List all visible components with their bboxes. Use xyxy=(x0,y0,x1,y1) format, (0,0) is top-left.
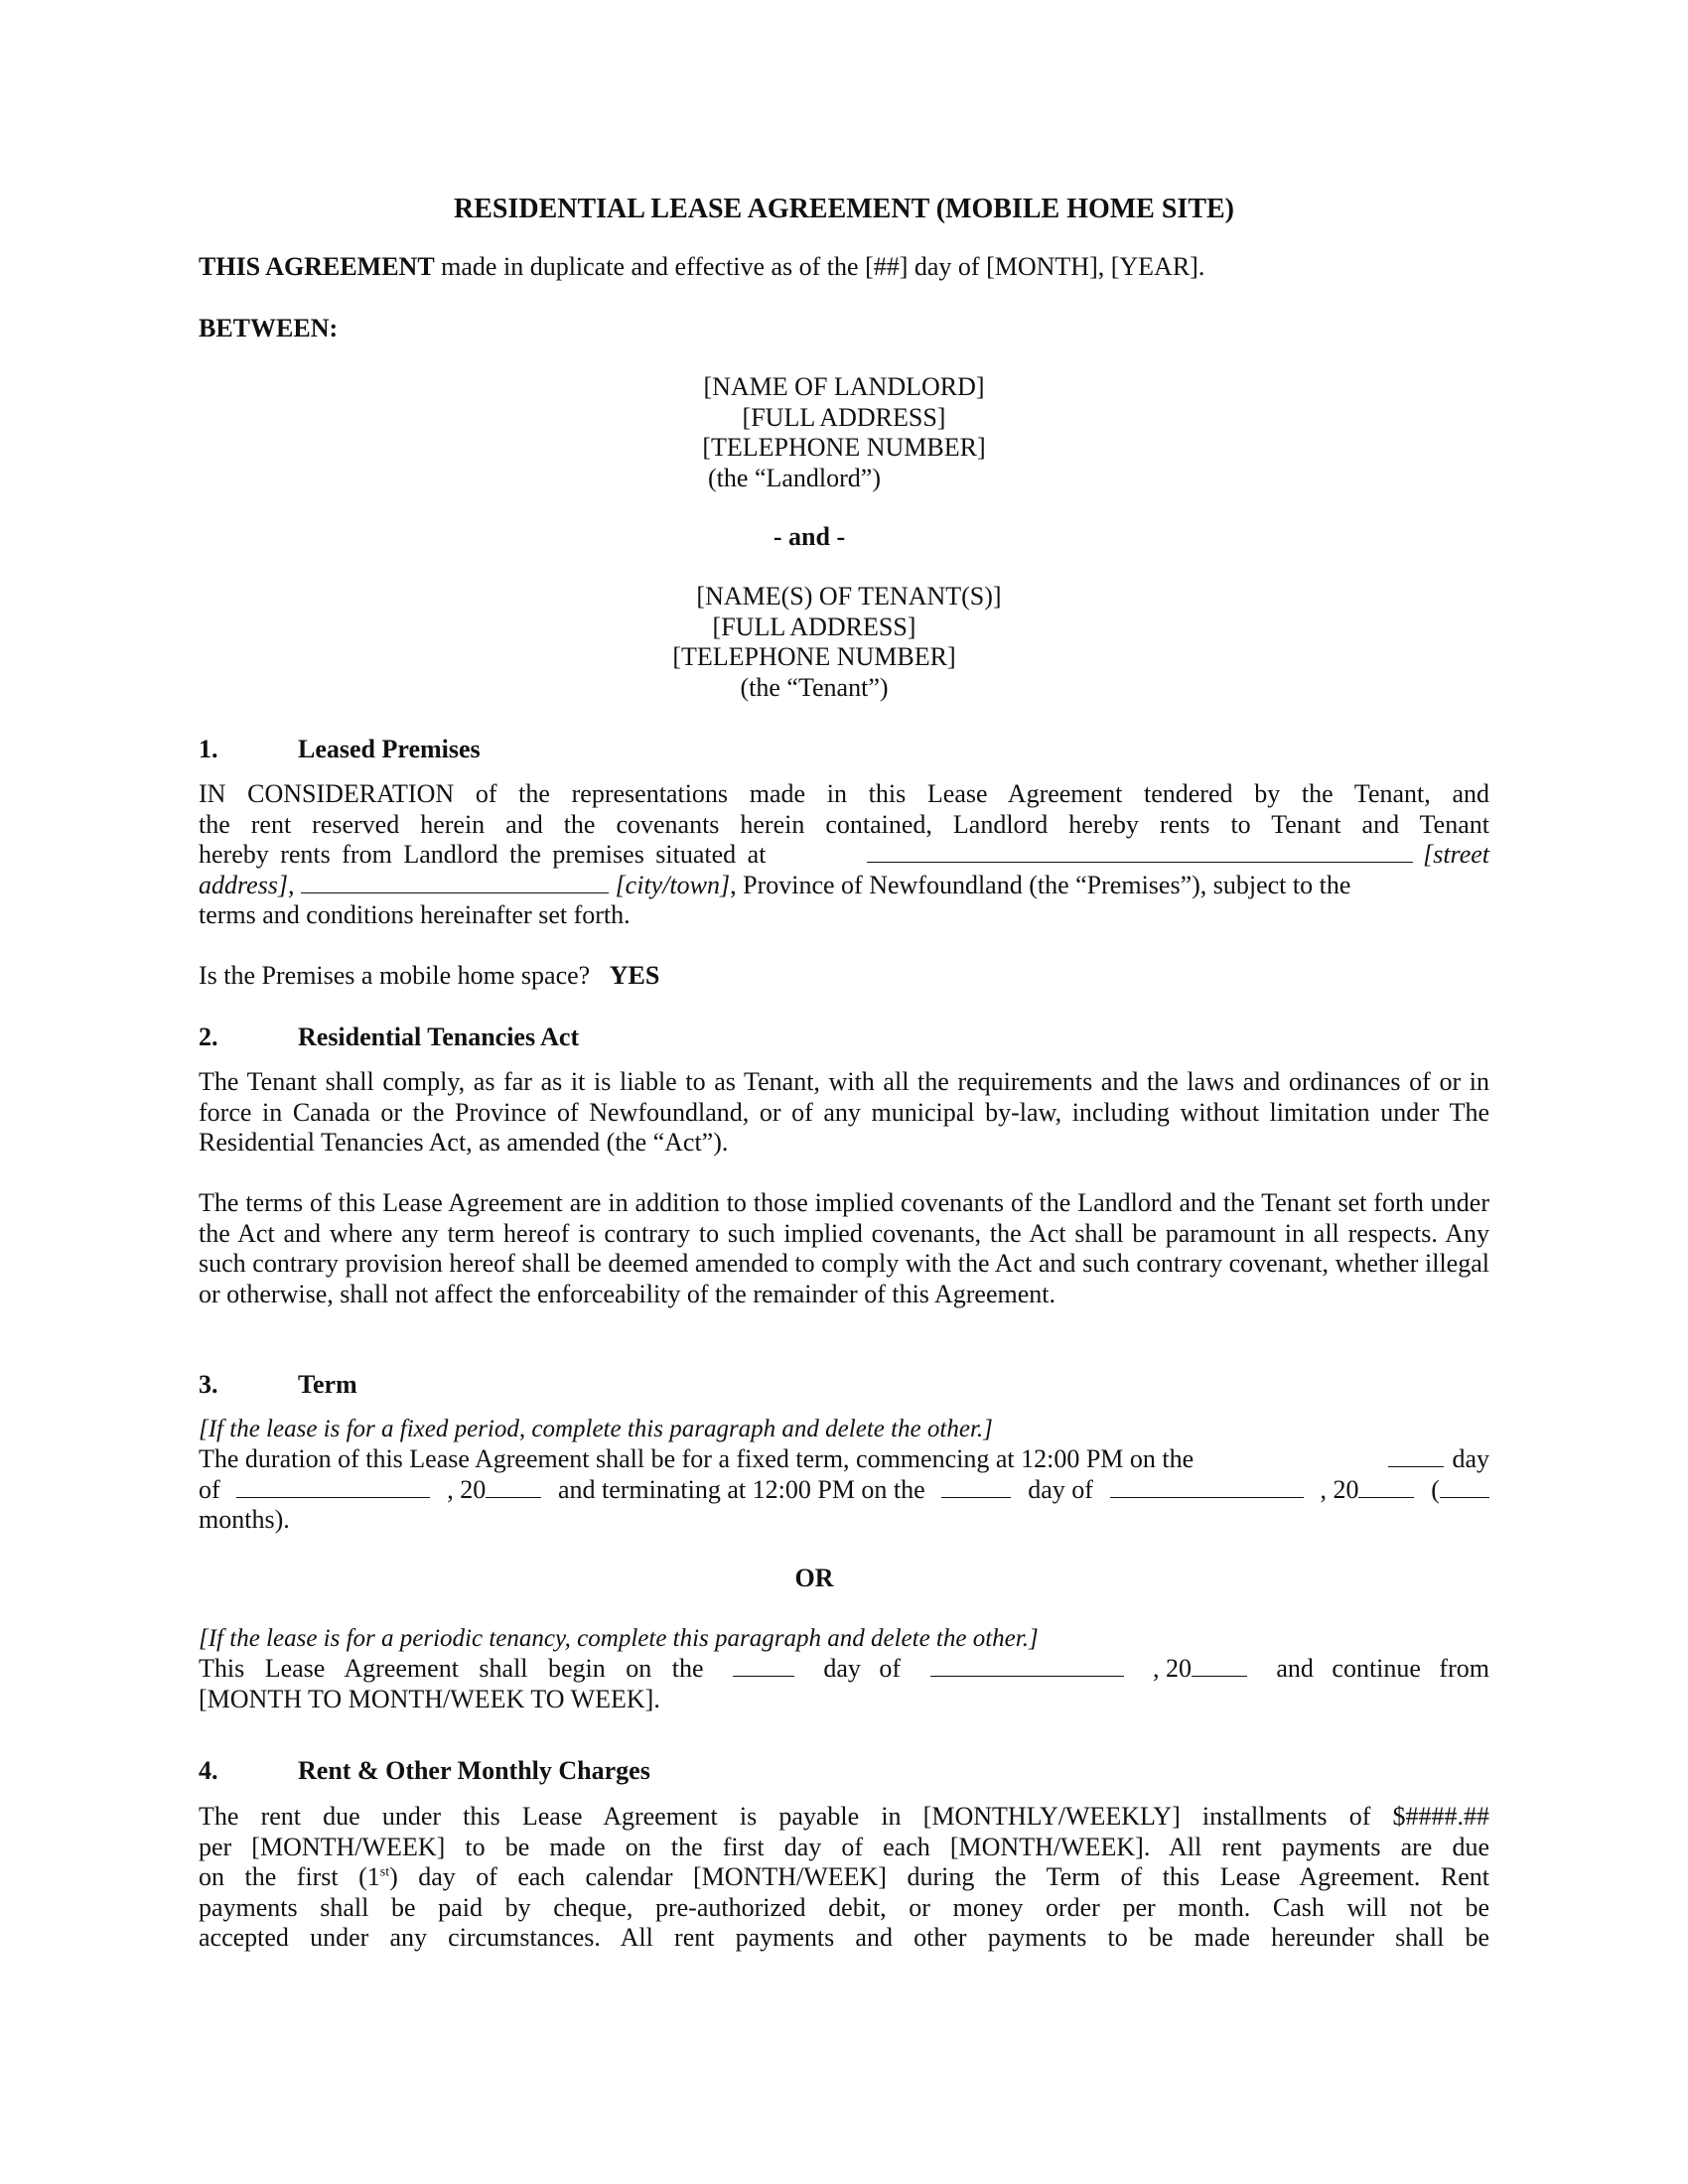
periodic-day-blank[interactable] xyxy=(733,1654,794,1677)
end-day-blank[interactable] xyxy=(941,1475,1011,1498)
mobile-home-question: Is the Premises a mobile home space? YES xyxy=(199,961,1489,992)
landlord-defined-as: (the “Landlord”) xyxy=(616,464,973,494)
tenant-defined-as: (the “Tenant”) xyxy=(626,673,1003,704)
start-year-blank[interactable] xyxy=(486,1475,541,1498)
start-month-blank[interactable] xyxy=(236,1475,430,1498)
intro-text: made in duplicate and effective as of th… xyxy=(435,252,1205,281)
tenant-name: [NAME(S) OF TENANT(S)] xyxy=(650,582,1048,613)
street-address-blank[interactable] xyxy=(867,840,1413,863)
document-title: RESIDENTIAL LEASE AGREEMENT (MOBILE HOME… xyxy=(199,195,1489,225)
intro-lead: THIS AGREEMENT xyxy=(199,252,435,281)
section-1-paragraph: IN CONSIDERATION of the representations … xyxy=(199,779,1489,931)
end-year-blank[interactable] xyxy=(1358,1475,1414,1498)
start-day-blank[interactable] xyxy=(1388,1444,1444,1467)
and-separator: - and - xyxy=(199,522,1420,553)
intro-paragraph: THIS AGREEMENT made in duplicate and eff… xyxy=(199,252,1489,283)
landlord-address: [FULL ADDRESS] xyxy=(665,403,1023,434)
section-4-paragraph: The rent due under this Lease Agreement … xyxy=(199,1802,1489,1954)
section-3-heading: 3.Term xyxy=(199,1370,1489,1401)
section-4-heading: 4.Rent & Other Monthly Charges xyxy=(199,1756,1489,1787)
section-title: Leased Premises xyxy=(298,735,481,763)
or-separator: OR xyxy=(199,1564,1430,1594)
fixed-term-instruction: [If the lease is for a fixed period, com… xyxy=(199,1415,1489,1445)
landlord-phone: [TELEPHONE NUMBER] xyxy=(665,433,1023,464)
between-label: BETWEEN: xyxy=(199,314,1489,344)
landlord-name: [NAME OF LANDLORD] xyxy=(665,372,1023,403)
city-town-blank[interactable] xyxy=(301,871,609,893)
periodic-year-blank[interactable] xyxy=(1192,1654,1247,1677)
section-1-heading: 1.Leased Premises xyxy=(199,735,1489,765)
periodic-paragraph: This Lease Agreement shall begin on the … xyxy=(199,1654,1489,1714)
section-2-paragraph-2: The terms of this Lease Agreement are in… xyxy=(199,1188,1489,1309)
tenant-address: [FULL ADDRESS] xyxy=(626,613,1003,643)
fixed-term-paragraph: The duration of this Lease Agreement sha… xyxy=(199,1444,1489,1536)
section-2-paragraph-1: The Tenant shall comply, as far as it is… xyxy=(199,1067,1489,1159)
tenant-phone: [TELEPHONE NUMBER] xyxy=(626,642,1003,673)
periodic-month-blank[interactable] xyxy=(930,1654,1124,1677)
months-count-blank[interactable] xyxy=(1440,1475,1489,1498)
end-month-blank[interactable] xyxy=(1110,1475,1304,1498)
section-number: 1. xyxy=(199,735,298,765)
periodic-instruction: [If the lease is for a periodic tenancy,… xyxy=(199,1624,1489,1655)
mobile-home-answer: YES xyxy=(610,961,660,990)
section-2-heading: 2.Residential Tenancies Act xyxy=(199,1023,1489,1053)
